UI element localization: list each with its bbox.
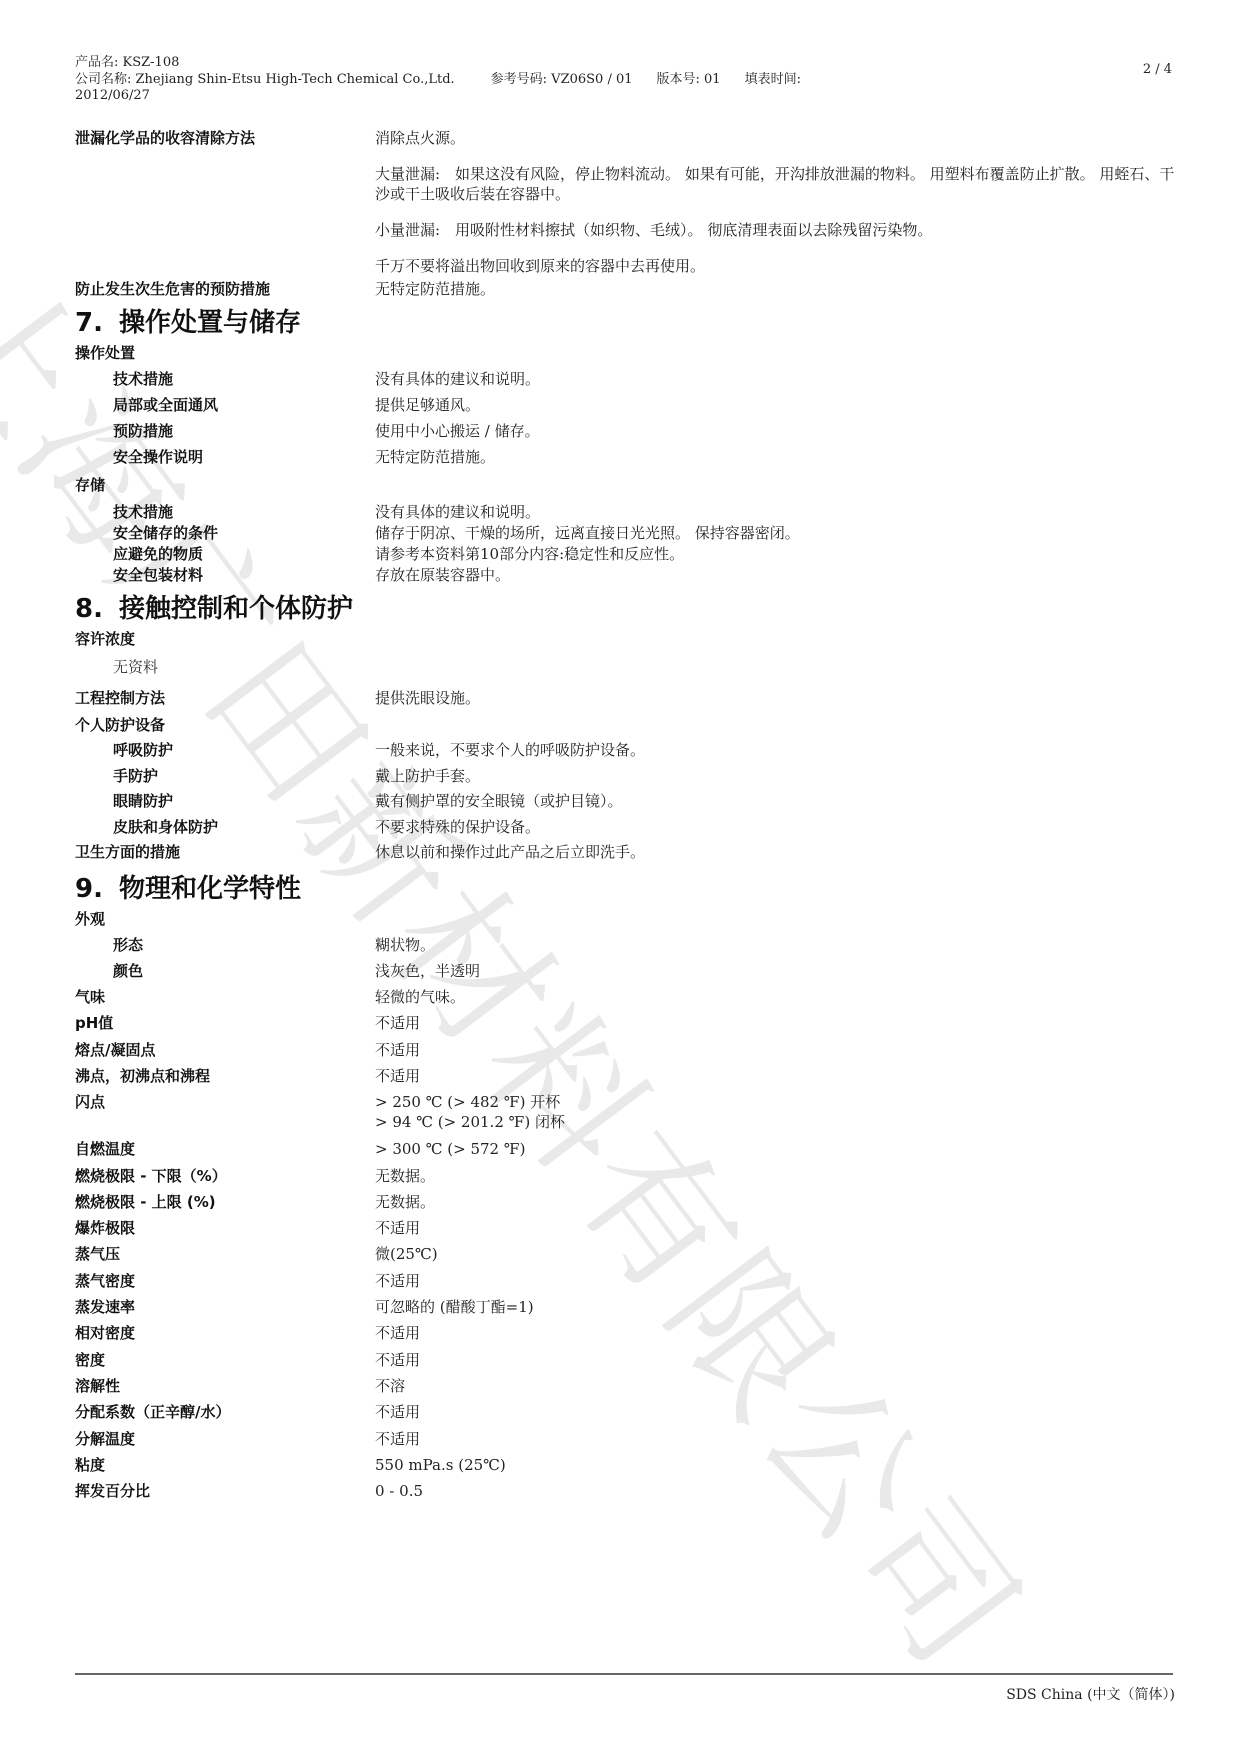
spill-line: 消除点火源。 — [375, 128, 1185, 148]
property-row: 密度不适用 — [75, 1347, 1185, 1373]
property-row: 沸点，初沸点和沸程不适用 — [75, 1063, 1185, 1089]
ppe-label: 个人防护设备 — [75, 712, 1185, 738]
footer-divider — [75, 1673, 1173, 1675]
spill-cleanup-label: 泄漏化学品的收容清除方法 — [75, 128, 375, 148]
handling-row: 局部或全面通风提供足够通风。 — [75, 392, 1185, 418]
document-body: 泄漏化学品的收容清除方法 消除点火源。 大量泄漏: 如果这没有风险，停止物料流动… — [75, 128, 1185, 1504]
storage-label: 存储 — [75, 472, 1185, 498]
property-row-flash-point: 闪点 > 250 ℃ (> 482 ℉) 开杯> 94 ℃ (> 201.2 ℉… — [75, 1089, 1185, 1132]
property-row: 气味轻微的气味。 — [75, 984, 1185, 1010]
storage-row: 安全包装材料存放在原装容器中。 — [75, 565, 1185, 586]
ppe-list: 呼吸防护一般来说，不要求个人的呼吸防护设备。 手防护戴上防护手套。 眼睛防护戴有… — [75, 738, 1185, 866]
property-row: 粘度550 mPa.s (25℃) — [75, 1452, 1185, 1478]
footer-label: SDS China (中文（简体）) — [1006, 1684, 1175, 1704]
prevention-row: 防止发生次生危害的预防措施 无特定防范措施。 — [75, 276, 1185, 302]
handling-row: 安全操作说明无特定防范措施。 — [75, 444, 1185, 470]
document-header: 产品名: KSZ-108 公司名称: Zhejiang Shin-Etsu Hi… — [75, 55, 801, 105]
product-name: 产品名: KSZ-108 — [75, 55, 801, 72]
property-row: 蒸发速率可忽略的 (醋酸丁酯=1) — [75, 1294, 1185, 1320]
ppe-row: 皮肤和身体防护不要求特殊的保护设备。 — [75, 815, 1185, 841]
storage-list: 技术措施没有具体的建议和说明。 安全储存的条件储存于阴凉、干燥的场所，远离直接日… — [75, 502, 1185, 586]
spill-line: 小量泄漏: 用吸附性材料擦拭（如织物、毛绒）。 彻底清理表面以去除残留污染物。 — [375, 220, 1185, 240]
spill-cleanup-row: 泄漏化学品的收容清除方法 消除点火源。 大量泄漏: 如果这没有风险，停止物料流动… — [75, 128, 1185, 276]
property-row: 颜色浅灰色，半透明 — [75, 958, 1185, 984]
property-row: 溶解性不溶 — [75, 1373, 1185, 1399]
storage-row: 安全储存的条件储存于阴凉、干燥的场所，远离直接日光光照。 保持容器密闭。 — [75, 523, 1185, 544]
property-row: 分配系数（正辛醇/水）不适用 — [75, 1399, 1185, 1425]
date-label: 填表时间: — [745, 72, 801, 87]
exposure-limits-value: 无资料 — [75, 652, 1185, 682]
storage-row: 应避免的物质请参考本资料第10部分内容:稳定性和反应性。 — [75, 544, 1185, 565]
property-row: 分解温度不适用 — [75, 1426, 1185, 1452]
handling-row: 预防措施使用中小心搬运 / 储存。 — [75, 418, 1185, 444]
hygiene-row: 卫生方面的措施休息以前和操作过此产品之后立即洗手。 — [75, 840, 1185, 866]
reference-number: 参考号码: VZ06S0 / 01 — [491, 72, 633, 87]
section-9-title: 9.物理和化学特性 — [75, 872, 1185, 906]
prevention-value: 无特定防范措施。 — [375, 276, 1185, 302]
page-number: 2 / 4 — [1143, 62, 1172, 77]
property-row: 蒸气密度不适用 — [75, 1268, 1185, 1294]
property-row: 形态糊状物。 — [75, 932, 1185, 958]
property-row: 熔点/凝固点不适用 — [75, 1037, 1185, 1063]
property-row: pH值不适用 — [75, 1010, 1185, 1036]
property-row: 相对密度不适用 — [75, 1320, 1185, 1346]
company-name: 公司名称: Zhejiang Shin-Etsu High-Tech Chemi… — [75, 72, 455, 87]
property-row: 燃烧极限 - 上限 (%)无数据。 — [75, 1189, 1185, 1215]
spill-line: 大量泄漏: 如果这没有风险，停止物料流动。 如果有可能，开沟排放泄漏的物料。 用… — [375, 164, 1185, 204]
ppe-row: 手防护戴上防护手套。 — [75, 764, 1185, 790]
prevention-label: 防止发生次生危害的预防措施 — [75, 276, 375, 302]
section-8-title: 8.接触控制和个体防护 — [75, 592, 1185, 626]
spill-line: 千万不要将溢出物回收到原来的容器中去再使用。 — [375, 256, 1185, 276]
version-number: 版本号: 01 — [657, 72, 721, 87]
ppe-row: 呼吸防护一般来说，不要求个人的呼吸防护设备。 — [75, 738, 1185, 764]
section-7-title: 7.操作处置与储存 — [75, 306, 1185, 340]
handling-list: 技术措施没有具体的建议和说明。 局部或全面通风提供足够通风。 预防措施使用中小心… — [75, 366, 1185, 470]
exposure-limits-label: 容许浓度 — [75, 626, 1185, 652]
property-row: 蒸气压微(25℃) — [75, 1241, 1185, 1267]
ppe-row: 眼睛防护戴有侧护罩的安全眼镜（或护目镜）。 — [75, 789, 1185, 815]
property-row: 自燃温度> 300 ℃ (> 572 ℉) — [75, 1136, 1185, 1162]
handling-label: 操作处置 — [75, 340, 1185, 366]
appearance-label: 外观 — [75, 906, 1185, 932]
property-row: 挥发百分比0 - 0.5 — [75, 1478, 1185, 1504]
engineering-row: 工程控制方法提供洗眼设施。 — [75, 684, 1185, 712]
property-row: 燃烧极限 - 下限（%）无数据。 — [75, 1163, 1185, 1189]
storage-row: 技术措施没有具体的建议和说明。 — [75, 502, 1185, 523]
handling-row: 技术措施没有具体的建议和说明。 — [75, 366, 1185, 392]
properties-list: 形态糊状物。 颜色浅灰色，半透明 气味轻微的气味。 pH值不适用 熔点/凝固点不… — [75, 932, 1185, 1505]
property-row: 爆炸极限不适用 — [75, 1215, 1185, 1241]
date-value: 2012/06/27 — [75, 88, 801, 105]
